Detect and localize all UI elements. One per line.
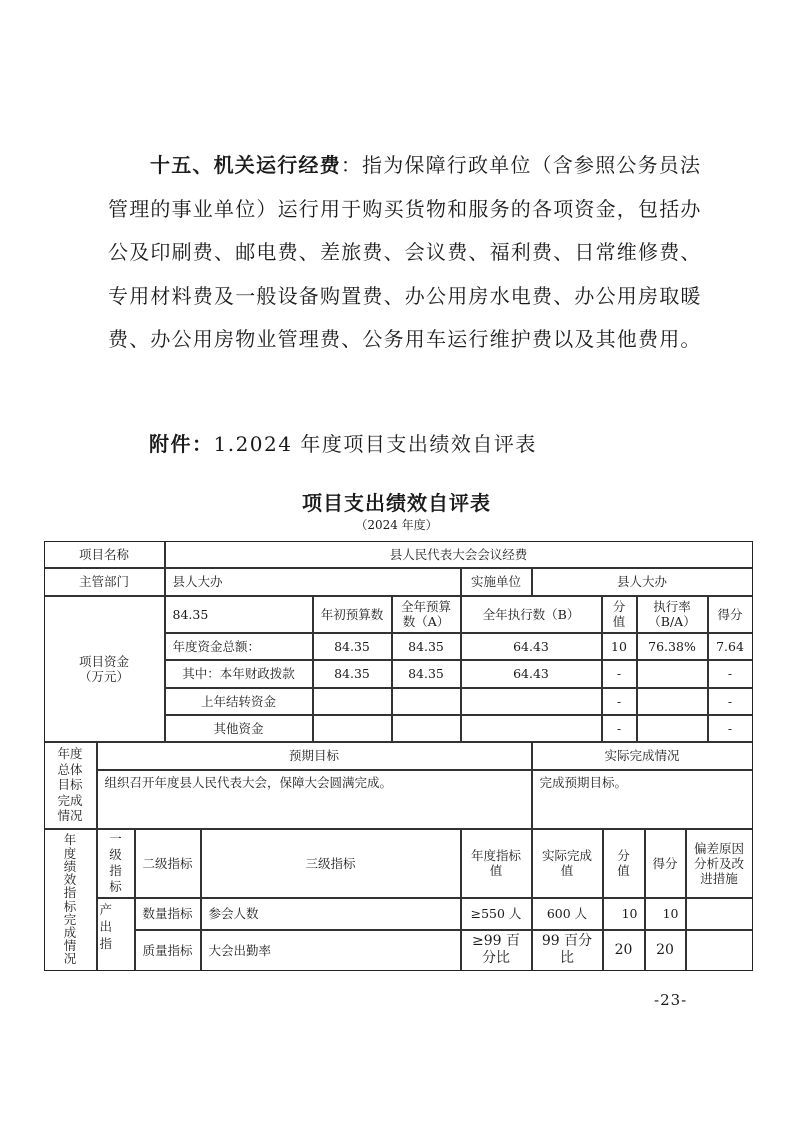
funds-row-initial: 84.35: [313, 660, 392, 688]
perf-header-weight: 分 值: [603, 829, 645, 898]
funds-row-initial: [313, 715, 392, 742]
header-line: 年度指标: [471, 848, 521, 863]
header-line: 实际完成: [542, 848, 592, 863]
funds-header-executed: 全年执行数（B）: [461, 596, 602, 633]
paragraph-line: ：指为保障行政单位（含参照公务员法: [341, 153, 701, 177]
project-name-value: 县人民代表大会会议经费: [165, 541, 753, 568]
funds-header-rate: 执行率 （B/A）: [637, 596, 708, 633]
funds-row-weight: -: [602, 688, 637, 715]
goal-expected-header: 预期目标: [97, 742, 532, 770]
perf-row-level3: 参会人数: [201, 898, 461, 930]
section-heading: 十五、机关运行经费: [150, 153, 341, 177]
header-line: 分析及改: [694, 856, 744, 871]
funds-header-amount: 84.35: [165, 596, 313, 633]
funds-row-annual: [392, 715, 461, 742]
label-char: 指: [109, 863, 122, 879]
funds-header-weight: 分 值: [602, 596, 637, 633]
impl-value: 县人大办: [532, 568, 753, 596]
project-name-label: 项目名称: [44, 541, 165, 568]
header-line: 执行率: [653, 599, 691, 614]
paragraph-line: 管理的事业单位）运行用于购买货物和服务的各项资金，包括办: [108, 188, 698, 232]
perf-row-weight: 20: [603, 930, 645, 971]
funds-row-executed: [461, 688, 602, 715]
goal-section-label: 年度 总体 目标 完成 情况: [44, 742, 97, 829]
perf-row-level3: 大会出勤率: [201, 930, 461, 971]
funds-header-score: 得分: [708, 596, 753, 633]
label-char: 度: [64, 847, 77, 860]
label-char: 目标: [57, 777, 82, 793]
funds-row-score: -: [708, 688, 753, 715]
funds-row-label: 其他资金: [165, 715, 313, 742]
label-char: 标: [64, 900, 77, 913]
body-paragraph: 十五、机关运行经费：指为保障行政单位（含参照公务员法 管理的事业单位）运行用于购…: [108, 144, 698, 362]
label-char: 情况: [57, 808, 82, 824]
label-char: 产: [100, 901, 113, 918]
value-line: 99 百分: [542, 933, 592, 950]
perf-row-actual: 600 人: [532, 898, 603, 930]
table-subtitle: （2024 年度）: [0, 516, 793, 533]
funds-label: 项目资金 （万元）: [44, 596, 165, 742]
funds-row-annual: 84.35: [392, 633, 461, 660]
attachment-line: 附件：1.2024 年度项目支出绩效自评表: [149, 428, 537, 457]
goal-actual-header: 实际完成情况: [532, 742, 753, 770]
page-number: -23-: [654, 991, 687, 1009]
funds-label-line: （万元）: [79, 669, 129, 684]
funds-row-executed: [461, 715, 602, 742]
funds-row-score: 7.64: [708, 633, 753, 660]
dept-value: 县人大办: [165, 568, 461, 596]
value-line: 分比: [482, 950, 510, 967]
header-line: 值: [490, 863, 503, 878]
label-char: 完成: [57, 793, 82, 809]
header-line: 分: [617, 848, 630, 863]
paragraph-line: 费、办公用房物业管理费、公务用车运行维护费以及其他费用。: [108, 318, 698, 362]
value-line: ≥99 百: [472, 933, 520, 950]
funds-row-rate: [637, 660, 708, 688]
label-char: 标: [109, 879, 122, 895]
funds-row-initial: [313, 688, 392, 715]
perf-row-score: 20: [645, 930, 686, 971]
funds-header-annual: 全年预算 数（A）: [392, 596, 461, 633]
funds-row-label: 上年结转资金: [165, 688, 313, 715]
funds-row-score: -: [708, 660, 753, 688]
label-char: 指: [64, 886, 77, 899]
perf-row-deviation: [686, 898, 753, 930]
perf-row-target: ≥99 百 分比: [461, 930, 532, 971]
perf-header-actual: 实际完成 值: [532, 829, 603, 898]
perf-row-score: 10: [645, 898, 686, 930]
funds-row-rate: [637, 688, 708, 715]
funds-row-weight: 10: [602, 633, 637, 660]
perf-row-level2: 数量指标: [135, 898, 201, 930]
goal-expected-value: 组织召开年度县人民代表大会，保障大会圆满完成。: [97, 770, 532, 829]
header-line: （B/A）: [648, 614, 695, 629]
funds-row-weight: -: [602, 715, 637, 742]
label-char: 况: [64, 952, 77, 965]
header-line: 数（A）: [403, 614, 450, 629]
perf-header-level3: 三级指标: [201, 829, 461, 898]
header-line: 进措施: [700, 871, 738, 886]
funds-header-initial: 年初预算数: [313, 596, 392, 633]
attachment-text: 1.2024 年度项目支出绩效自评表: [214, 432, 537, 456]
funds-row-score: -: [708, 715, 753, 742]
goal-actual-value: 完成预期目标。: [532, 770, 753, 829]
attachment-label: 附件：: [149, 432, 214, 456]
funds-row-label: 年度资金总额：: [165, 633, 313, 660]
funds-row-weight: -: [602, 660, 637, 688]
label-char: 一: [109, 831, 122, 847]
table-title: 项目支出绩效自评表: [0, 487, 793, 516]
funds-row-executed: 64.43: [461, 660, 602, 688]
perf-header-score: 得分: [645, 829, 686, 898]
funds-label-line: 项目资金: [79, 654, 129, 669]
dept-label: 主管部门: [44, 568, 165, 596]
perf-header-level2: 二级指标: [135, 829, 201, 898]
header-line: 值: [613, 614, 626, 629]
value-line: 比: [560, 950, 574, 967]
funds-row-annual: 84.35: [392, 660, 461, 688]
funds-row-executed: 64.43: [461, 633, 602, 660]
funds-row-initial: 84.35: [313, 633, 392, 660]
header-line: 偏差原因: [694, 841, 744, 856]
perf-row-weight: 10: [603, 898, 645, 930]
perf-row-deviation: [686, 930, 753, 971]
header-line: 分: [613, 599, 626, 614]
label-char: 级: [109, 847, 122, 863]
perf-header-deviation: 偏差原因 分析及改 进措施: [686, 829, 753, 898]
label-char: 年度: [57, 746, 82, 762]
label-char: 出: [100, 918, 113, 935]
header-line: 值: [617, 863, 630, 878]
perf-row-actual: 99 百分 比: [532, 930, 603, 971]
label-char: 总体: [57, 762, 82, 778]
perf-header-target: 年度指标 值: [461, 829, 532, 898]
label-char: 完: [64, 913, 77, 926]
funds-row-label: 其中：本年财政拨款: [165, 660, 313, 688]
perf-row-level2: 质量指标: [135, 930, 201, 971]
perf-header-level1: 一 级 指 标: [97, 829, 135, 898]
funds-row-annual: [392, 688, 461, 715]
paragraph-line: 公及印刷费、邮电费、差旅费、会议费、福利费、日常维修费、: [108, 231, 698, 275]
funds-row-rate: 76.38%: [637, 633, 708, 660]
header-line: 值: [561, 863, 574, 878]
perf-section-label: 年 度 绩 效 指 标 完 成 情 况: [44, 829, 97, 971]
perf-level1-output: 产 出 指: [97, 898, 135, 971]
label-char: 年: [64, 833, 77, 846]
funds-row-rate: [637, 715, 708, 742]
label-char: 指: [100, 935, 113, 952]
perf-row-target: ≥550 人: [461, 898, 532, 930]
paragraph-line: 专用材料费及一般设备购置费、办公用房水电费、办公用房取暖: [108, 275, 698, 319]
impl-label: 实施单位: [461, 568, 532, 596]
header-line: 全年预算: [401, 599, 451, 614]
